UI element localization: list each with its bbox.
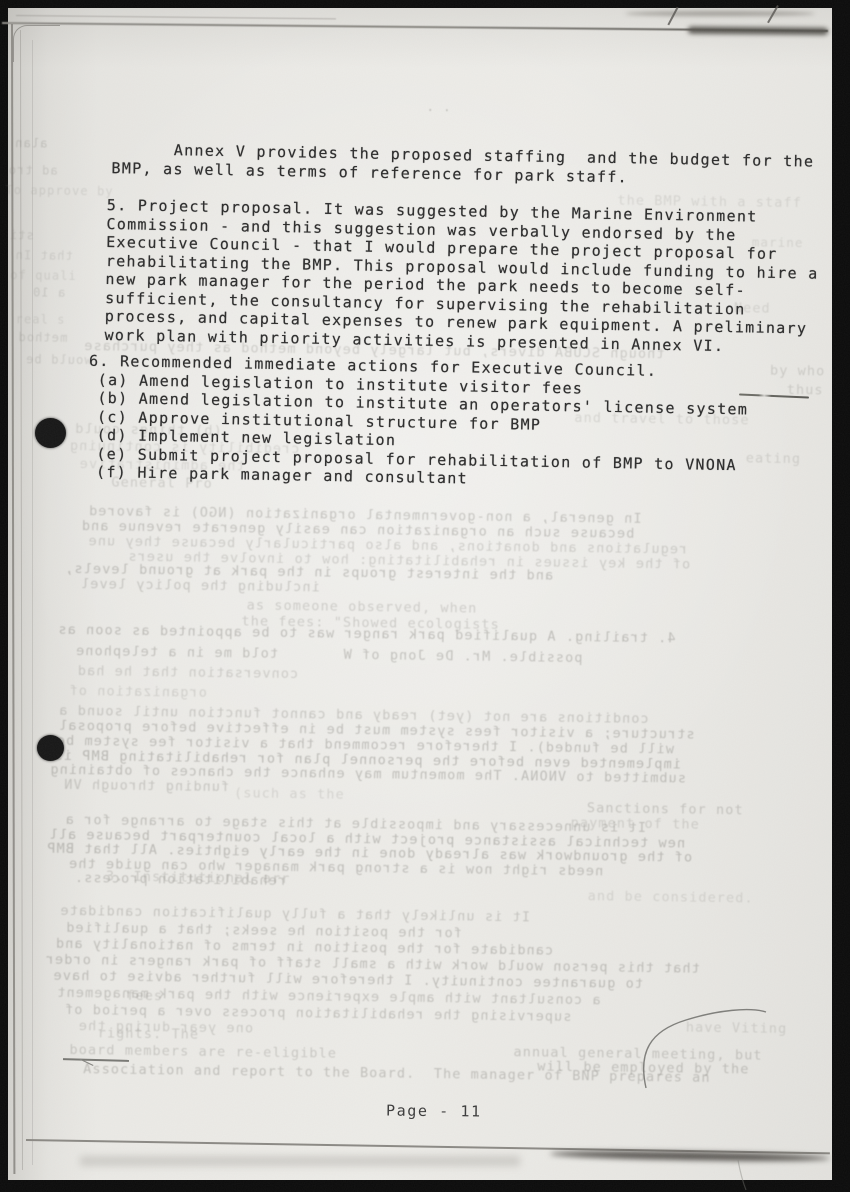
punch-hole bbox=[37, 735, 64, 761]
page-edge-smudge-top bbox=[625, 11, 815, 16]
ghost-line: To approve by bbox=[5, 183, 113, 199]
ghost-line: real s bbox=[16, 312, 66, 327]
ghost-line: rights. The bbox=[98, 1025, 200, 1042]
ghost-line: fees bbox=[126, 988, 163, 1005]
ghost-line: have Viting bbox=[686, 1020, 788, 1037]
ghost-line: and be considered. bbox=[588, 888, 754, 906]
ghost-line: including the policy level bbox=[80, 576, 320, 595]
ghost-line: . . bbox=[427, 100, 452, 114]
page-edge-line bbox=[32, 40, 33, 1165]
punch-hole bbox=[35, 418, 66, 448]
ghost-line: alan bbox=[14, 136, 48, 150]
ghost-line: funding through VN bbox=[63, 777, 229, 795]
ghost-line: possible. Mr. De Jong of W told me in a … bbox=[75, 643, 583, 666]
ghost-line: a 10 bbox=[32, 285, 66, 299]
scan-smudge bbox=[80, 1156, 520, 1166]
ghost-line: 4. trailing. A qualified park ranger was… bbox=[57, 622, 675, 647]
ghost-line: conversation that he had bbox=[77, 663, 299, 682]
page-number-label: Page - 11 bbox=[386, 1101, 482, 1120]
ghost-line: would be bbox=[25, 352, 92, 367]
ghost-line: organization of bbox=[68, 683, 207, 701]
ghost-line: (such as the bbox=[234, 785, 345, 803]
ghost-line: that In bbox=[14, 248, 72, 263]
ghost-line: 3. Institutional arr bbox=[106, 868, 291, 887]
paragraph-project-proposal: 5. Project proposal. It was suggested by… bbox=[104, 196, 849, 357]
scanned-document-page: . .alanad troTo approve bythe BMP with a… bbox=[0, 0, 850, 1192]
typed-text: Annex V provides the proposed staffing a… bbox=[102, 140, 850, 495]
ghost-line: method bbox=[17, 330, 67, 345]
paragraph-recommended-actions: 6. Recommended immediate actions for Exe… bbox=[87, 352, 846, 495]
